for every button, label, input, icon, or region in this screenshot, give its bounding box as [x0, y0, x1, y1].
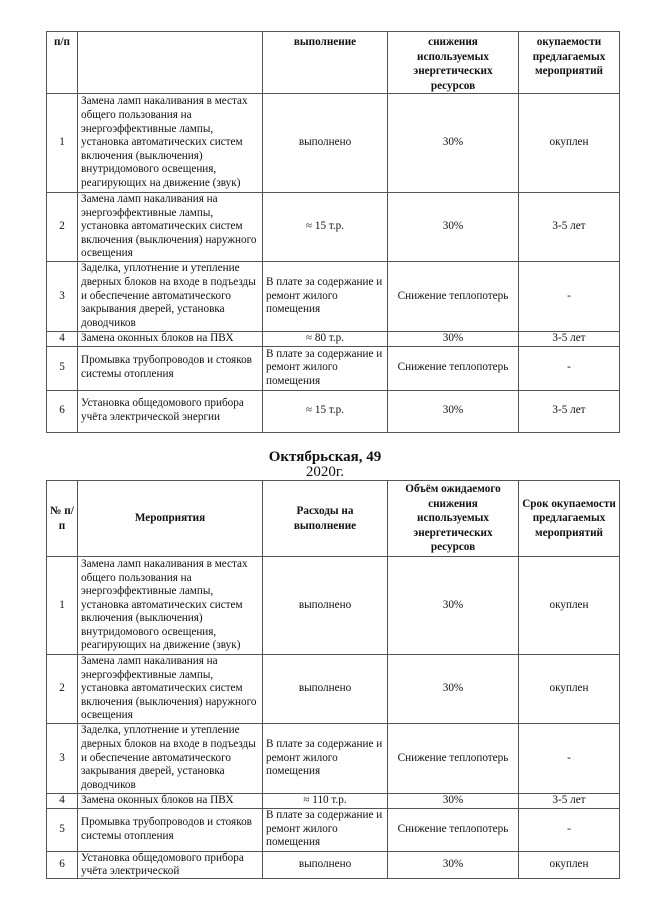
row-num: 3: [47, 261, 78, 331]
header-activity: [78, 32, 263, 94]
row-payback: -: [519, 723, 620, 793]
row-activity: Промывка трубопроводов и стояков системы…: [78, 808, 263, 851]
row-num: 4: [47, 793, 78, 808]
row-num: 2: [47, 655, 78, 724]
table-row: 1 Замена ламп накаливания в местах общег…: [47, 94, 620, 193]
row-activity: Заделка, уплотнение и утепление дверных …: [78, 723, 263, 793]
header-volume: Объём ожидаемого снижения используемых э…: [388, 481, 519, 557]
table-row: 6 Установка общедомового прибора учёта э…: [47, 851, 620, 878]
row-activity: Замена ламп накаливания на энергоэффекти…: [78, 655, 263, 724]
header-cost: Расходы на выполнение: [263, 481, 388, 557]
row-payback: окуплен: [519, 851, 620, 878]
row-num: 5: [47, 808, 78, 851]
table-row: 4 Замена оконных блоков на ПВХ ≈ 110 т.р…: [47, 793, 620, 808]
row-volume: 30%: [388, 193, 519, 262]
row-num: 6: [47, 390, 78, 432]
row-payback: -: [519, 346, 620, 390]
row-volume: Снижение теплопотерь: [388, 808, 519, 851]
row-cost: ≈ 15 т.р.: [263, 193, 388, 262]
row-activity: Замена ламп накаливания в местах общего …: [78, 557, 263, 655]
header-payback: окупаемости предлагаемых мероприятий: [519, 32, 620, 94]
year-subtitle: 2020г.: [0, 464, 650, 480]
table-row: 3 Заделка, уплотнение и утепление дверны…: [47, 723, 620, 793]
row-cost: выполнено: [263, 851, 388, 878]
row-activity-text: Установка общедомового прибора учёта эле…: [81, 852, 259, 878]
row-volume: 30%: [388, 655, 519, 724]
table-row: 2 Замена ламп накаливания на энергоэффек…: [47, 655, 620, 724]
row-cost: ≈ 110 т.р.: [263, 793, 388, 808]
row-activity: Замена оконных блоков на ПВХ: [78, 793, 263, 808]
row-activity: Замена оконных блоков на ПВХ: [78, 331, 263, 346]
row-payback: -: [519, 261, 620, 331]
row-num: 5: [47, 346, 78, 390]
row-payback: 3-5 лет: [519, 331, 620, 346]
table-row: 1 Замена ламп накаливания в местах общег…: [47, 557, 620, 655]
table-row: 5 Промывка трубопроводов и стояков систе…: [47, 346, 620, 390]
row-volume: Снижение теплопотерь: [388, 723, 519, 793]
row-num: 6: [47, 851, 78, 878]
table-row: 4 Замена оконных блоков на ПВХ ≈ 80 т.р.…: [47, 331, 620, 346]
row-num: 1: [47, 94, 78, 193]
row-cost: выполнено: [263, 94, 388, 193]
row-activity: Заделка, уплотнение и утепление дверных …: [78, 261, 263, 331]
row-activity: Установка общедомового прибора учёта эле…: [78, 390, 263, 432]
row-activity: Установка общедомового прибора учёта эле…: [78, 851, 263, 878]
header-payback: Срок окупаемости предлагаемых мероприяти…: [519, 481, 620, 557]
table-header-row: № п/п Мероприятия Расходы на выполнение …: [47, 481, 620, 557]
row-activity: Замена ламп накаливания на энергоэффекти…: [78, 193, 263, 262]
row-cost: В плате за содержание и ремонт жилого по…: [263, 261, 388, 331]
row-volume: 30%: [388, 557, 519, 655]
table-row: 5 Промывка трубопроводов и стояков систе…: [47, 808, 620, 851]
table-row: 2 Замена ламп накаливания на энергоэффек…: [47, 193, 620, 262]
row-cost: выполнено: [263, 557, 388, 655]
row-payback: окуплен: [519, 94, 620, 193]
row-num: 3: [47, 723, 78, 793]
header-cost: выполнение: [263, 32, 388, 94]
table-header-row: п/п выполнение снижения используемых эне…: [47, 32, 620, 94]
address-title: Октябрьская, 49: [0, 449, 650, 465]
row-cost: В плате за содержание и ремонт жилого по…: [263, 346, 388, 390]
row-payback: 3-5 лет: [519, 390, 620, 432]
row-payback: окуплен: [519, 557, 620, 655]
row-payback: 3-5 лет: [519, 793, 620, 808]
row-cost: В плате за содержание и ремонт жилого по…: [263, 808, 388, 851]
energy-measures-table: № п/п Мероприятия Расходы на выполнение …: [46, 480, 620, 879]
table-row: 3 Заделка, уплотнение и утепление дверны…: [47, 261, 620, 331]
row-volume: Снижение теплопотерь: [388, 346, 519, 390]
row-volume: Снижение теплопотерь: [388, 261, 519, 331]
row-payback: окуплен: [519, 655, 620, 724]
energy-measures-table-continued: п/п выполнение снижения используемых эне…: [46, 31, 620, 433]
header-activity: Мероприятия: [78, 481, 263, 557]
row-volume: 30%: [388, 331, 519, 346]
table-row: 6 Установка общедомового прибора учёта э…: [47, 390, 620, 432]
header-num: № п/п: [47, 481, 78, 557]
row-num: 2: [47, 193, 78, 262]
row-activity: Замена ламп накаливания в местах общего …: [78, 94, 263, 193]
row-volume: 30%: [388, 851, 519, 878]
row-payback: 3-5 лет: [519, 193, 620, 262]
row-volume: 30%: [388, 793, 519, 808]
row-cost: выполнено: [263, 655, 388, 724]
row-payback: -: [519, 808, 620, 851]
row-cost: ≈ 80 т.р.: [263, 331, 388, 346]
row-cost: ≈ 15 т.р.: [263, 390, 388, 432]
row-num: 4: [47, 331, 78, 346]
row-volume: 30%: [388, 390, 519, 432]
row-num: 1: [47, 557, 78, 655]
header-num: п/п: [47, 32, 78, 94]
row-cost: В плате за содержание и ремонт жилого по…: [263, 723, 388, 793]
row-volume: 30%: [388, 94, 519, 193]
row-activity: Промывка трубопроводов и стояков системы…: [78, 346, 263, 390]
header-volume: снижения используемых энергетических рес…: [388, 32, 519, 94]
